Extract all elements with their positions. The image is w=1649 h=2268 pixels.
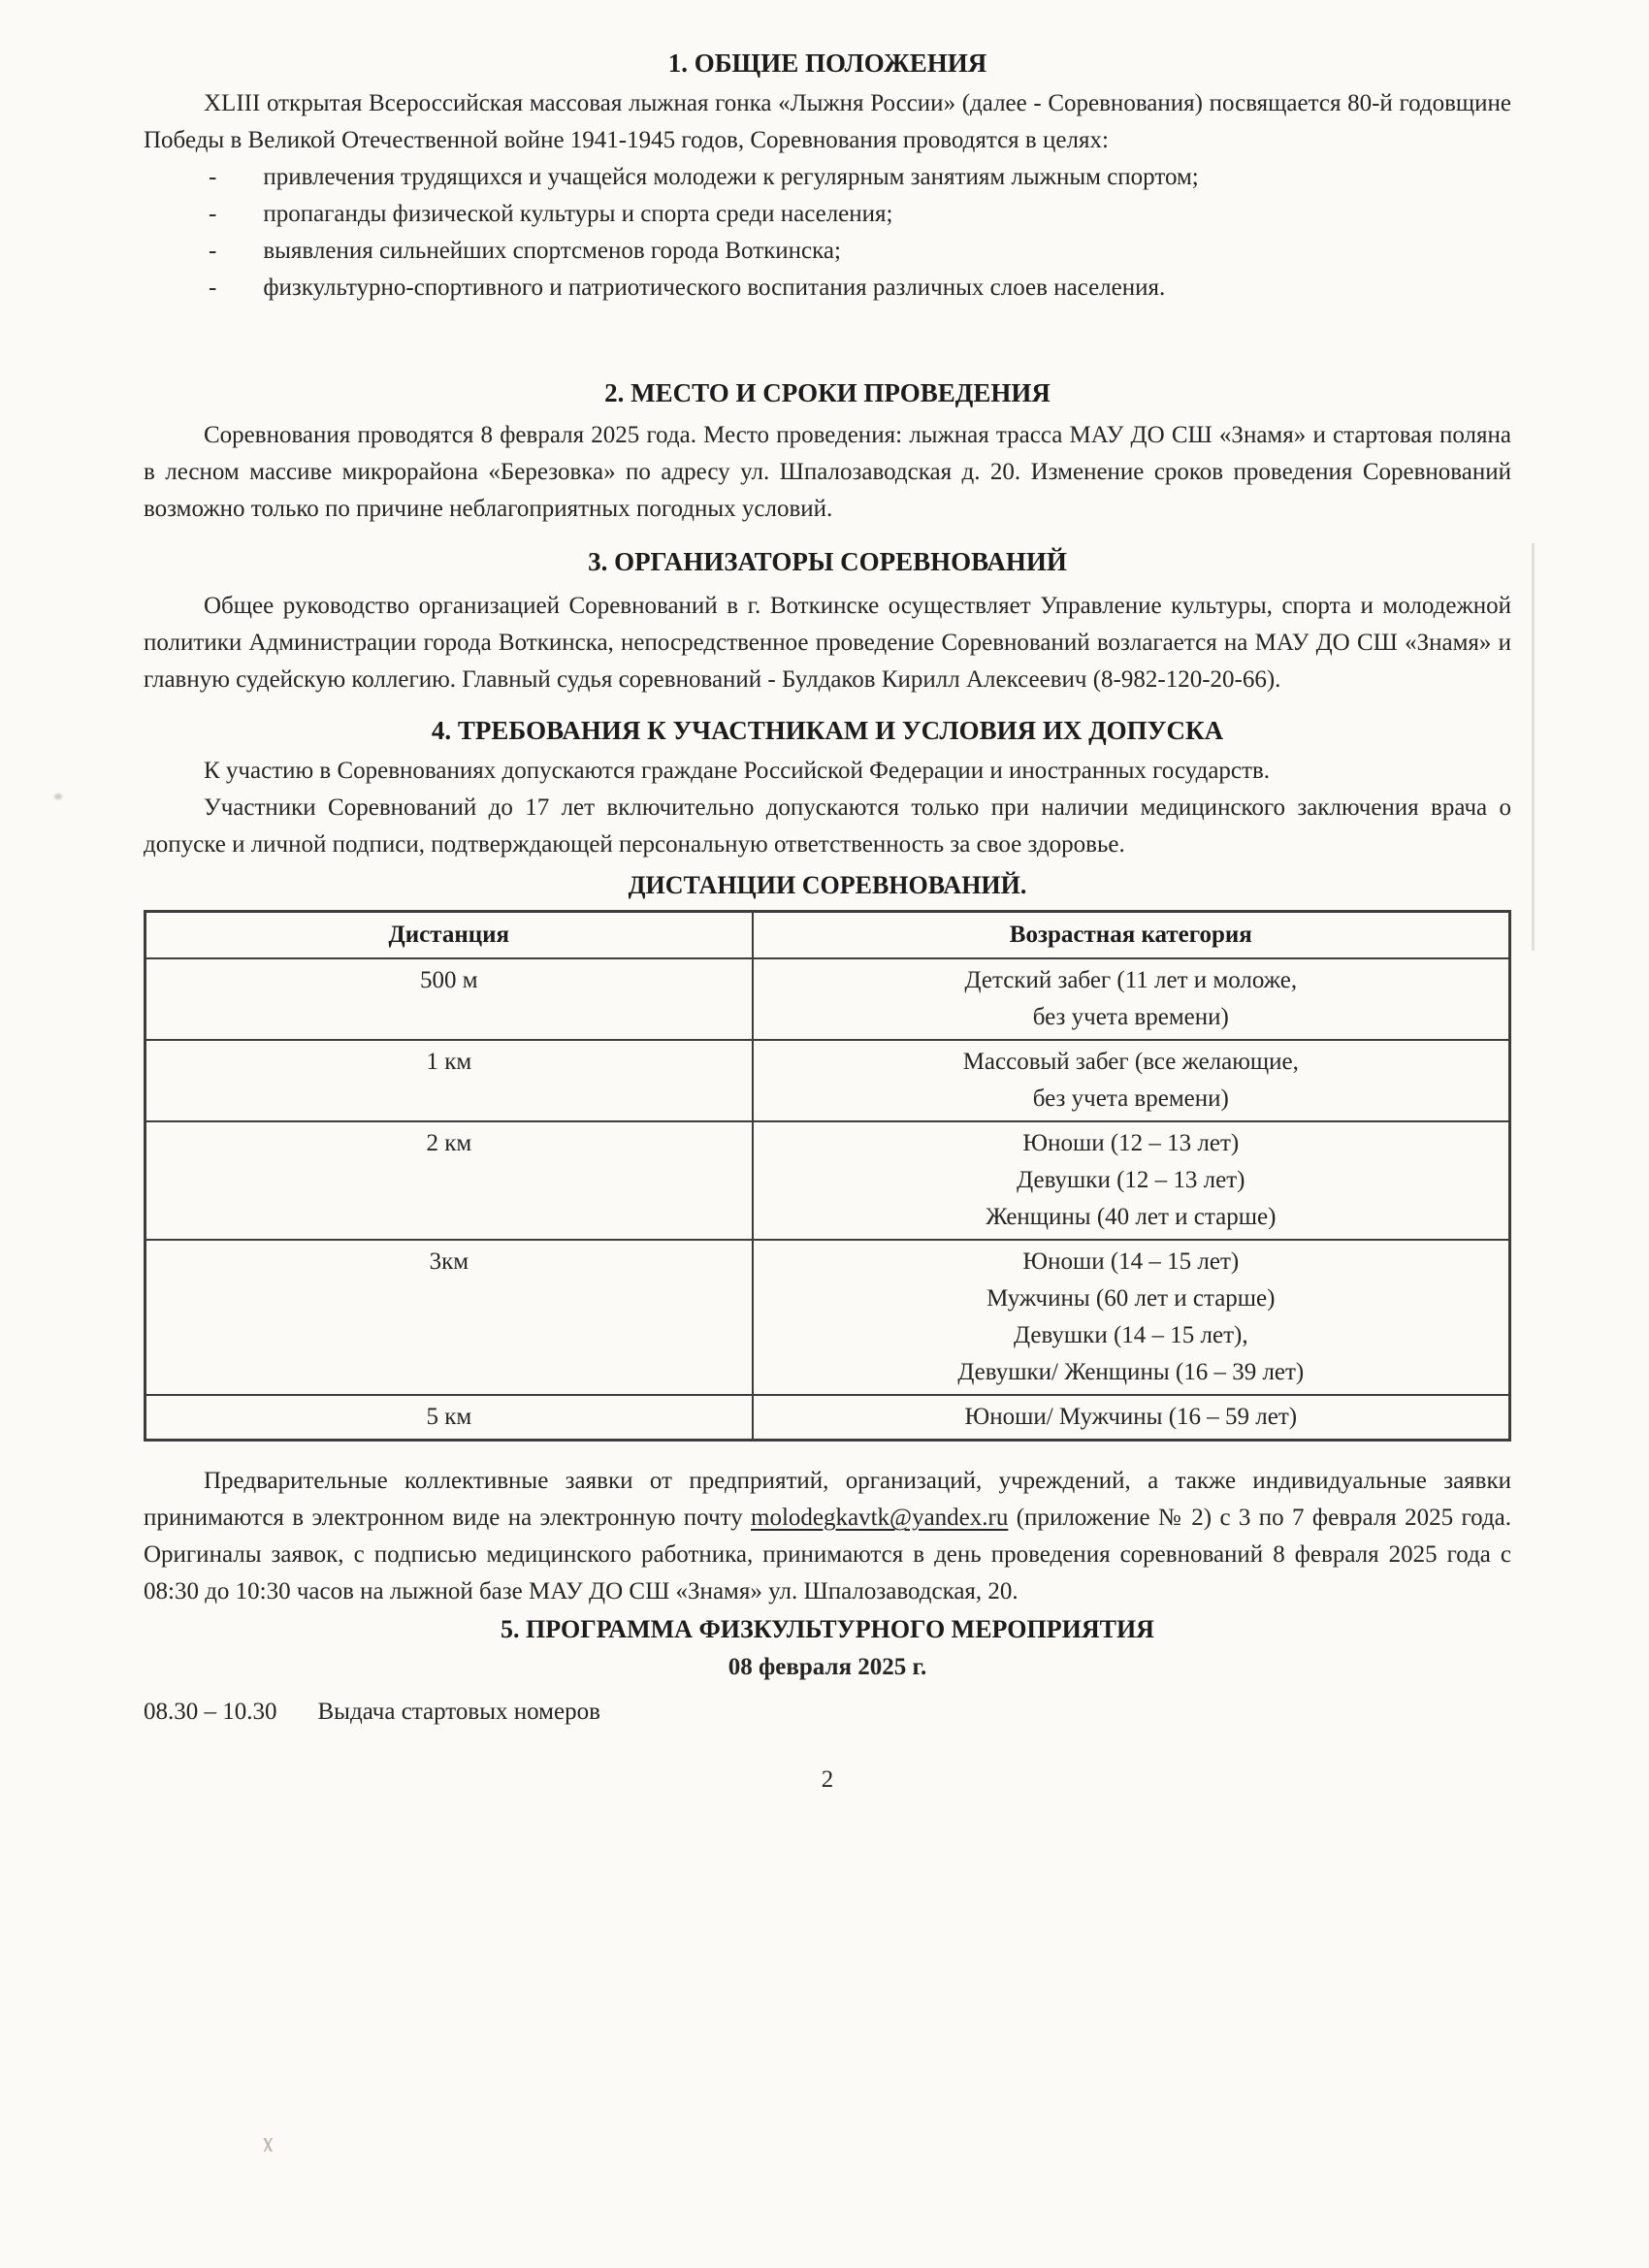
- scan-artifact: [1532, 543, 1535, 951]
- schedule-time: 08.30 – 10.30: [144, 1699, 277, 1725]
- category-line: Девушки/ Женщины (16 – 39 лет): [761, 1354, 1501, 1391]
- distance-cell: 5 км: [145, 1395, 753, 1441]
- page-number: 2: [144, 1766, 1511, 1795]
- section4-paragraph-1: К участию в Соревнованиях допускаются гр…: [144, 753, 1511, 790]
- section3-title: 3. ОРГАНИЗАТОРЫ СОРЕВНОВАНИЙ: [144, 545, 1511, 578]
- category-line: Юноши (14 – 15 лет): [761, 1244, 1501, 1280]
- column-header-distance: Дистанция: [145, 912, 753, 959]
- applications-paragraph: Предварительные коллективные заявки от п…: [144, 1463, 1511, 1610]
- category-line: Детский забег (11 лет и моложе,: [761, 962, 1501, 999]
- schedule-activity: Выдача стартовых номеров: [318, 1699, 600, 1725]
- distances-table: Дистанция Возрастная категория 500 м Дет…: [144, 910, 1511, 1442]
- section4-title: 4. ТРЕБОВАНИЯ К УЧАСТНИКАМ И УСЛОВИЯ ИХ …: [144, 714, 1511, 747]
- scanned-document-page: 1. ОБЩИЕ ПОЛОЖЕНИЯ XLIII открытая Всерос…: [0, 0, 1649, 2268]
- bullet-dash: -: [209, 164, 216, 190]
- goal-item: -физкультурно-спортивного и патриотическ…: [144, 270, 1511, 307]
- goal-item: -пропаганды физической культуры и спорта…: [144, 196, 1511, 233]
- category-line: Массовый забег (все желающие,: [761, 1044, 1501, 1081]
- category-cell: Юноши/ Мужчины (16 – 59 лет): [753, 1395, 1510, 1441]
- goal-text: пропаганды физической культуры и спорта …: [263, 201, 892, 227]
- category-cell: Юноши (14 – 15 лет) Мужчины (60 лет и ст…: [753, 1240, 1510, 1395]
- section1-title: 1. ОБЩИЕ ПОЛОЖЕНИЯ: [144, 47, 1511, 80]
- bullet-dash: -: [209, 238, 216, 264]
- distances-table-title: ДИСТАНЦИИ СОРЕВНОВАНИЙ.: [144, 869, 1511, 902]
- category-line: Мужчины (60 лет и старше): [761, 1280, 1501, 1317]
- email-address: molodegkavtk@yandex.ru: [751, 1505, 1008, 1531]
- distance-cell: 3км: [145, 1240, 753, 1395]
- section5-title: 5. ПРОГРАММА ФИЗКУЛЬТУРНОГО МЕРОПРИЯТИЯ: [144, 1614, 1511, 1645]
- table-row: 2 км Юноши (12 – 13 лет) Девушки (12 – 1…: [145, 1121, 1510, 1240]
- section1-intro: XLIII открытая Всероссийская массовая лы…: [144, 85, 1511, 159]
- category-line: Юноши/ Мужчины (16 – 59 лет): [761, 1399, 1501, 1436]
- category-line: Женщины (40 лет и старше): [761, 1199, 1501, 1236]
- scan-artifact: [54, 794, 62, 799]
- schedule-item: 08.30 – 10.30Выдача стартовых номеров: [144, 1694, 1511, 1731]
- category-cell: Юноши (12 – 13 лет) Девушки (12 – 13 лет…: [753, 1121, 1510, 1240]
- distance-cell: 2 км: [145, 1121, 753, 1240]
- category-line: Девушки (12 – 13 лет): [761, 1162, 1501, 1199]
- section3-body: Общее руководство организацией Соревнова…: [144, 588, 1511, 698]
- table-row: 1 км Массовый забег (все желающие, без у…: [145, 1040, 1510, 1121]
- goal-item: -привлечения трудящихся и учащейся молод…: [144, 159, 1511, 196]
- category-cell: Массовый забег (все желающие, без учета …: [753, 1040, 1510, 1121]
- section2-body: Соревнования проводятся 8 февраля 2025 г…: [144, 417, 1511, 528]
- category-line: без учета времени): [761, 1081, 1501, 1118]
- goal-item: -выявления сильнейших спортсменов города…: [144, 233, 1511, 270]
- distance-cell: 1 км: [145, 1040, 753, 1121]
- column-header-category: Возрастная категория: [753, 912, 1510, 959]
- category-cell: Детский забег (11 лет и моложе, без учет…: [753, 958, 1510, 1040]
- goal-text: выявления сильнейших спортсменов города …: [263, 238, 841, 264]
- table-header-row: Дистанция Возрастная категория: [145, 912, 1510, 959]
- event-date: 08 февраля 2025 г.: [144, 1653, 1511, 1682]
- table-row: 3км Юноши (14 – 15 лет) Мужчины (60 лет …: [145, 1240, 1510, 1395]
- section4-paragraph-2: Участники Соревнований до 17 лет включит…: [144, 790, 1511, 863]
- goal-text: привлечения трудящихся и учащейся молоде…: [263, 164, 1198, 190]
- bullet-dash: -: [209, 275, 216, 301]
- category-line: без учета времени): [761, 999, 1501, 1036]
- category-line: Девушки (14 – 15 лет),: [761, 1317, 1501, 1354]
- goal-text: физкультурно-спортивного и патриотическо…: [263, 275, 1165, 301]
- category-line: Юноши (12 – 13 лет): [761, 1125, 1501, 1162]
- table-row: 500 м Детский забег (11 лет и моложе, бе…: [145, 958, 1510, 1040]
- scan-artifact: [260, 2138, 275, 2152]
- bullet-dash: -: [209, 201, 216, 227]
- table-row: 5 км Юноши/ Мужчины (16 – 59 лет): [145, 1395, 1510, 1441]
- distance-cell: 500 м: [145, 958, 753, 1040]
- section2-title: 2. МЕСТО И СРОКИ ПРОВЕДЕНИЯ: [144, 376, 1511, 409]
